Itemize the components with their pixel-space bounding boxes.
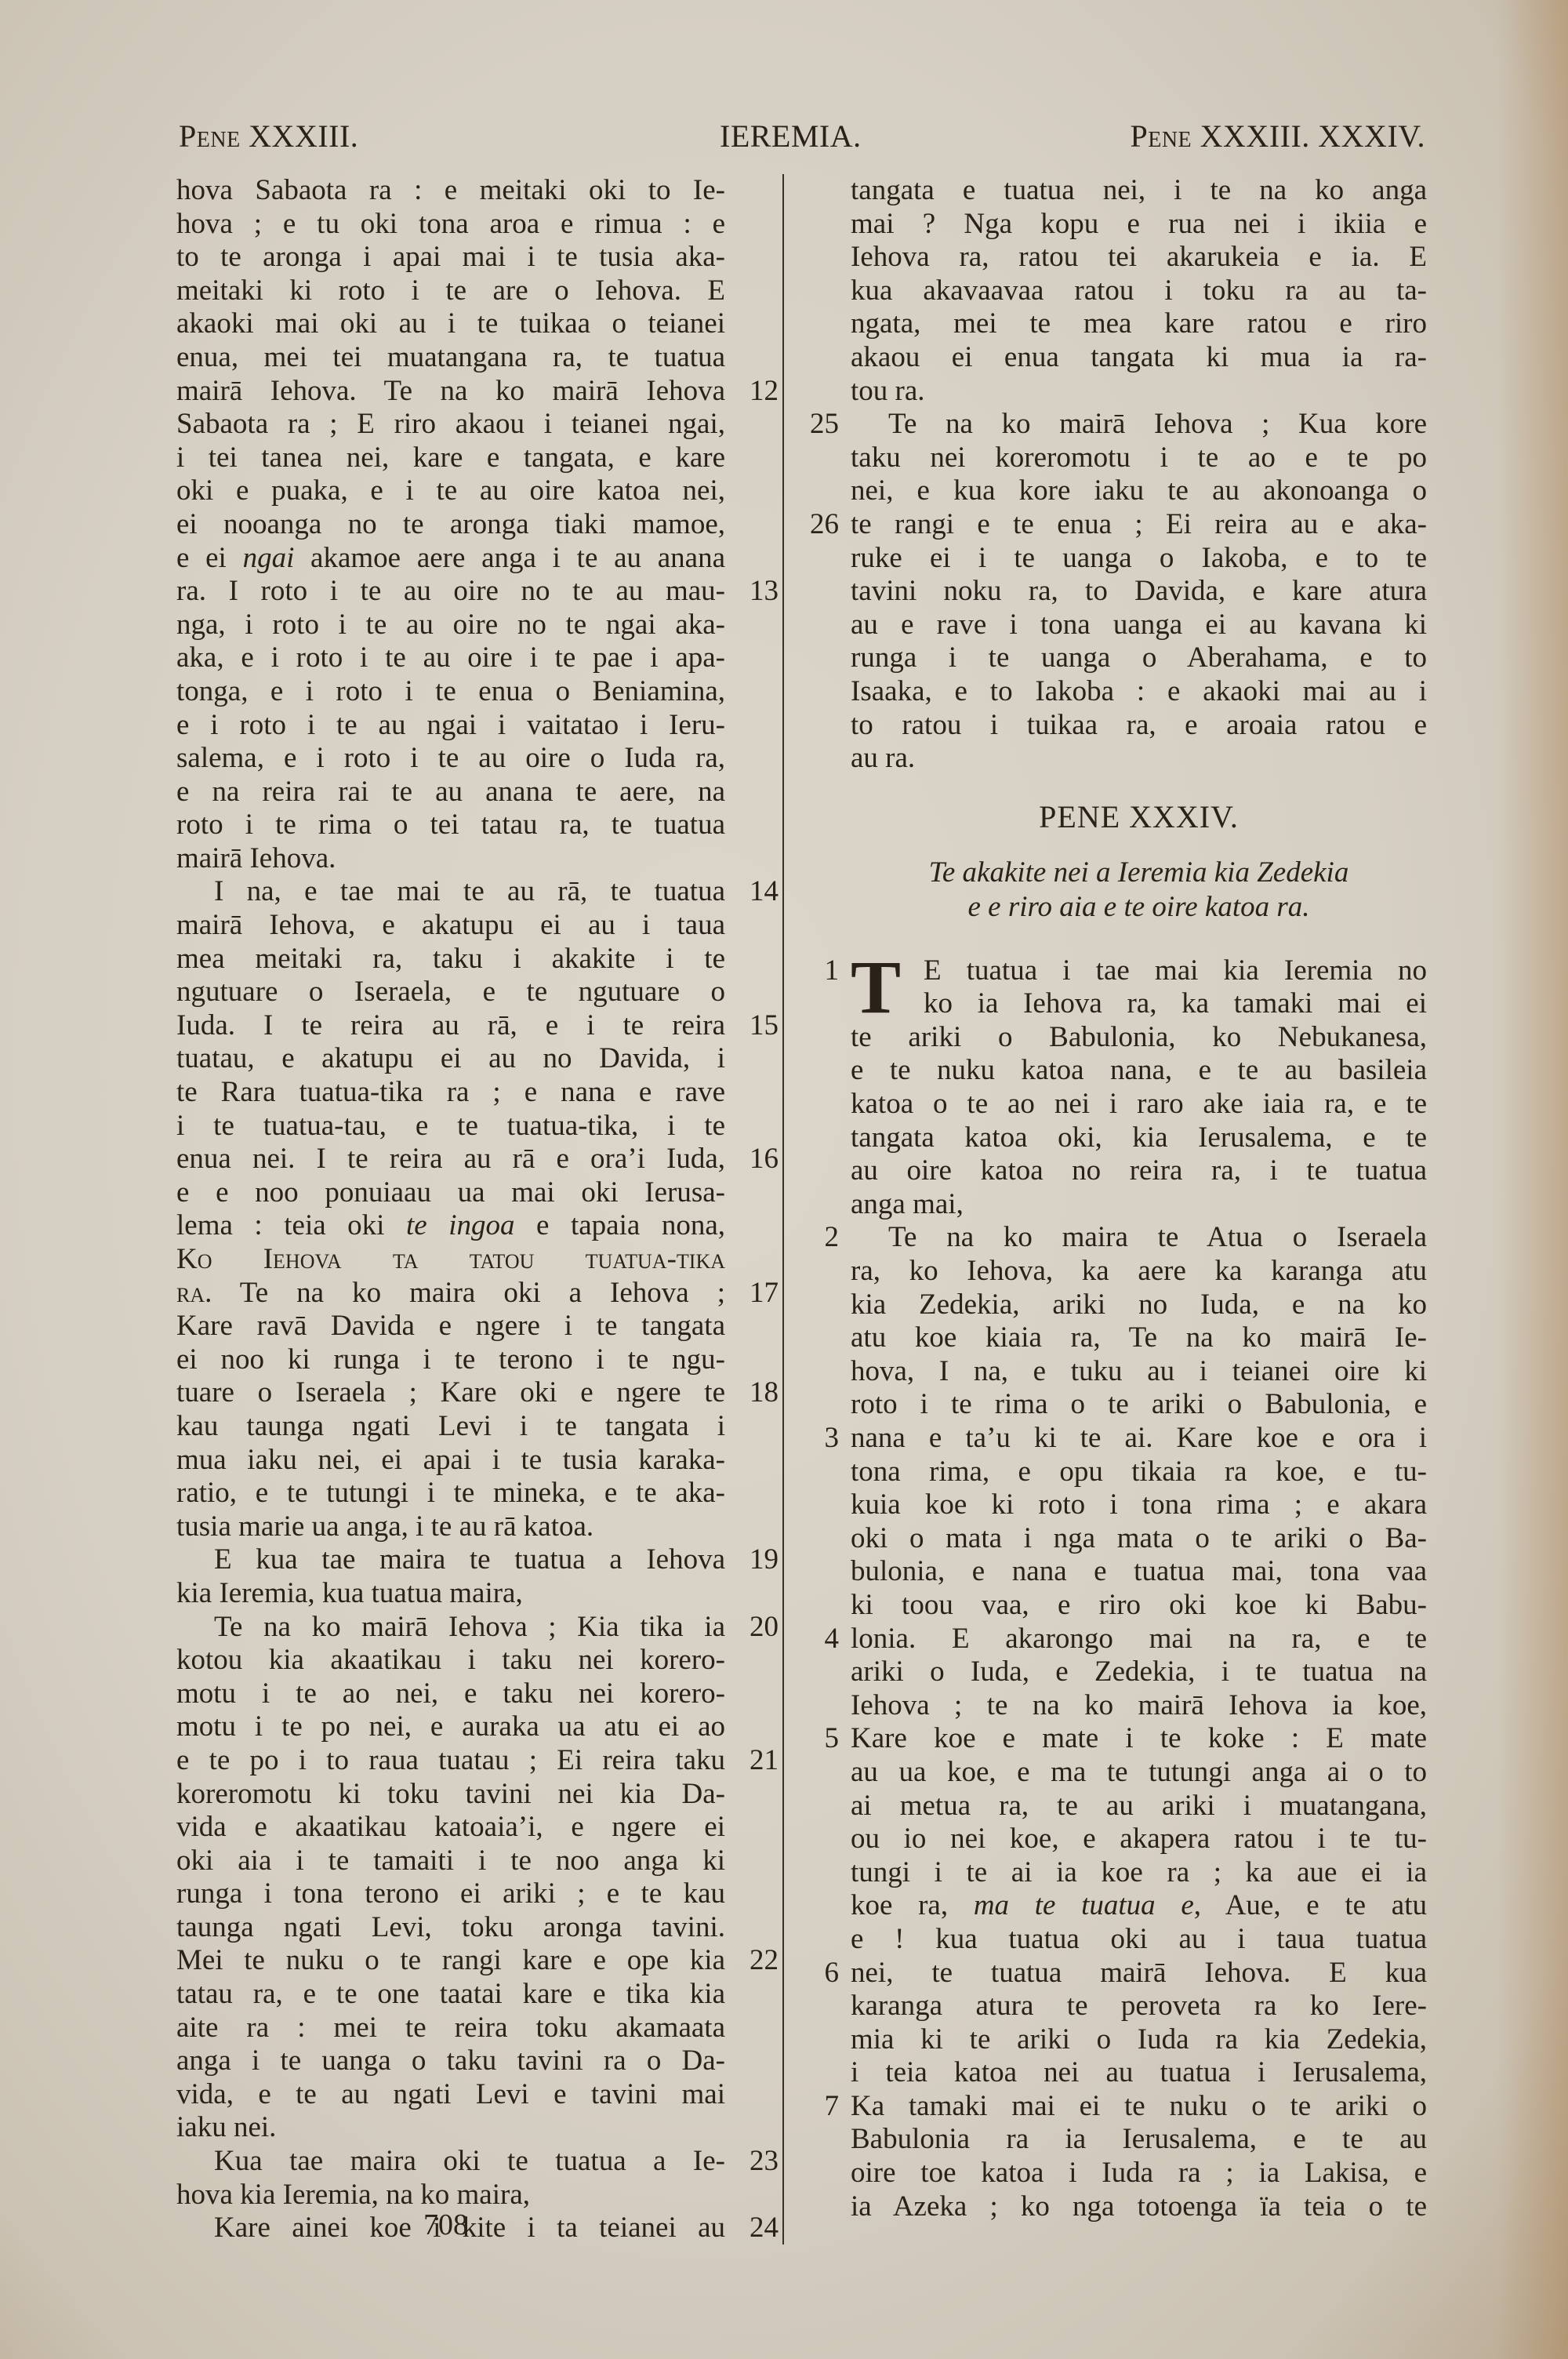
running-head-book-title: IEREMIA. [720, 118, 862, 154]
line-text: anga i te uanga o taku tavini ra o Da- [176, 2045, 725, 2078]
line-text: atu koe kiaia ra, Te na ko mairā Ie- [851, 1321, 1427, 1355]
text-line: runga i tona terono ei ariki ; e te kau [176, 1877, 776, 1911]
text-line: kia Ieremia, kua tuatua maira, [176, 1577, 776, 1611]
text-line: Mei te nuku o te rangi kare e ope kia22 [176, 1944, 776, 1978]
verse-number: 20 [739, 1611, 779, 1645]
line-text: tungi i te ai ia koe ra ; ka aue ei ia [851, 1856, 1427, 1890]
text-line: hova kia Ieremia, na ko maira, [176, 2179, 776, 2212]
text-line: katoa o te ao nei i raro ake iaia ra, e … [808, 1088, 1427, 1121]
text-line: e ! kua tuatua oki au i taua tuatua [808, 1923, 1427, 1957]
line-text: e te po i to raua tuatau ; Ei reira taku [176, 1744, 725, 1778]
text-line: Kua tae maira oki te tuatua a Ie-23 [176, 2145, 776, 2179]
line-text: te ariki o Babulonia, ko Nebukanesa, [851, 1021, 1427, 1055]
right-column-continuation: tangata e tuatua nei, i te na ko angamai… [808, 174, 1427, 776]
line-text: ra. I roto i te au oire no te au mau- [176, 575, 725, 609]
line-text: Mei te nuku o te rangi kare e ope kia [176, 1944, 725, 1978]
verse-number: 4 [808, 1623, 839, 1656]
line-text: runga i te uanga o Aberahama, e to [851, 642, 1427, 675]
verse-number: 6 [808, 1957, 839, 1990]
line-text: Isaaka, e to Iakoba : e akaoki mai au i [851, 675, 1427, 709]
line-text: mai ? Nga kopu e rua nei i ikiia e [851, 208, 1427, 242]
line-text: hova ; e tu oki tona aroa e rimua : e [176, 208, 725, 242]
text-line: tangata e tuatua nei, i te na ko anga [808, 174, 1427, 208]
line-text: Kua tae maira oki te tuatua a Ie- [214, 2145, 725, 2179]
line-text: Te na ko mairā Iehova ; Kia tika ia [214, 1611, 725, 1645]
verse-number: 12 [739, 375, 779, 409]
text-line: mea meitaki ra, taku i akakite i te [176, 943, 776, 976]
text-line: Ko Iehova ta tatou tuatua-tika [176, 1243, 776, 1277]
line-text: tusia marie ua anga, i te au rā katoa. [176, 1510, 725, 1544]
text-line: kotou kia akaatikau i taku nei korero- [176, 1644, 776, 1677]
line-text: iaku nei. [176, 2111, 725, 2145]
line-text: te Rara tuatua-tika ra ; e nana e rave [176, 1076, 725, 1110]
line-text: aka, e i roto i te au oire i te pae i ap… [176, 642, 725, 675]
line-text: roto i te rima o te ariki o Babulonia, e [851, 1388, 1427, 1422]
text-line: roto i te rima o te ariki o Babulonia, e [808, 1388, 1427, 1422]
line-text: mea meitaki ra, taku i akakite i te [176, 943, 725, 976]
line-text: i te tuatua-tau, e te tuatua-tika, i te [176, 1110, 725, 1143]
line-text: e te nuku katoa nana, e te au basileia [851, 1054, 1427, 1088]
line-text: ki toou vaa, e riro oki koe ki Babu- [851, 1589, 1427, 1623]
line-text: te rangi e te enua ; Ei reira au e aka- [851, 508, 1427, 542]
text-line: ko ia Iehova ra, ka tamaki mai ei [808, 987, 1427, 1021]
line-text: tou ra. [851, 375, 1427, 409]
text-line: anga mai, [808, 1188, 1427, 1222]
line-text: tona rima, e opu tikaia ra koe, e tu- [851, 1456, 1427, 1489]
text-line: tona rima, e opu tikaia ra koe, e tu- [808, 1456, 1427, 1489]
verse-number: 17 [739, 1277, 779, 1310]
text-line: Te na ko mairā Iehova ; Kua kore25 [808, 408, 1427, 442]
line-text: Ko Iehova ta tatou tuatua-tika [176, 1243, 725, 1277]
text-line: mairā Iehova. [176, 842, 776, 876]
text-line: Iehova ra, ratou tei akarukeia e ia. E [808, 241, 1427, 274]
line-text: koreromotu ki toku tavini nei kia Da- [176, 1778, 725, 1812]
line-text: ai metua ra, te au ariki i muatangana, [851, 1790, 1427, 1823]
line-text: ko ia Iehova ra, ka tamaki mai ei [924, 987, 1427, 1021]
line-text: oki o mata i nga mata o te ariki o Ba- [851, 1522, 1427, 1556]
text-line: tavini noku ra, to Davida, e kare atura [808, 575, 1427, 609]
text-line: motu i te ao nei, e taku nei korero- [176, 1677, 776, 1711]
text-line: aite ra : mei te reira toku akamaata [176, 2012, 776, 2045]
text-line: tonga, e i roto i te enua o Beniamina, [176, 675, 776, 709]
line-text: motu i te po nei, e auraka ua atu ei ao [176, 1710, 725, 1744]
line-text: vida e akaatikau katoaia’i, e ngere ei [176, 1811, 725, 1845]
text-line: tungi i te ai ia koe ra ; ka aue ei ia [808, 1856, 1427, 1890]
text-line: runga i te uanga o Aberahama, e to [808, 642, 1427, 675]
running-head-right: Pene XXXIII. XXXIV. [1130, 118, 1425, 154]
line-text: taunga ngati Levi, toku aronga tavini. [176, 1911, 725, 1945]
verse-number: 13 [739, 575, 779, 609]
text-line: oki o mata i nga mata o te ariki o Ba- [808, 1522, 1427, 1556]
text-line: kau taunga ngati Levi i te tangata i [176, 1410, 776, 1444]
text-line: oire toe katoa i Iuda ra ; ia Lakisa, e [808, 2157, 1427, 2190]
verse-number: 18 [739, 1376, 779, 1410]
text-line: iaku nei. [176, 2111, 776, 2145]
line-text: mairā Iehova. [176, 842, 725, 876]
text-line: koreromotu ki toku tavini nei kia Da- [176, 1778, 776, 1812]
text-line: tangata katoa oki, kia Ierusalema, e te [808, 1121, 1427, 1155]
text-line: te Rara tuatua-tika ra ; e nana e rave [176, 1076, 776, 1110]
line-text: Iehova ; te na ko mairā Iehova ia koe, [851, 1689, 1427, 1723]
text-line: ei nooanga no te aronga tiaki mamoe, [176, 508, 776, 542]
text-line: ra. I roto i te au oire no te au mau-13 [176, 575, 776, 609]
line-text: hova, I na, e tuku au i teianei oire ki [851, 1355, 1427, 1389]
text-line: Iuda. I te reira au rā, e i te reira15 [176, 1009, 776, 1043]
text-line: mia ki te ariki o Iuda ra kia Zedekia, [808, 2023, 1427, 2057]
text-line: enua, mei tei muatangana ra, te tuatua [176, 341, 776, 375]
text-line: au ra. [808, 742, 1427, 776]
line-text: E tuatua i tae mai kia Ieremia no [924, 954, 1427, 988]
line-text: lonia. E akarongo mai na ra, e te [851, 1623, 1427, 1656]
text-line: kia Zedekia, ariki no Iuda, e na ko [808, 1289, 1427, 1322]
line-text: ei nooanga no te aronga tiaki mamoe, [176, 508, 725, 542]
line-text: tangata e tuatua nei, i te na ko anga [851, 174, 1427, 208]
line-text: kia Zedekia, ariki no Iuda, e na ko [851, 1289, 1427, 1322]
text-line: nana e ta’u ki te ai. Kare koe e ora i3 [808, 1422, 1427, 1456]
text-line: ariki o Iuda, e Zedekia, i te tuatua na [808, 1656, 1427, 1689]
line-text: akaoki mai oki au i te tuikaa o teianei [176, 307, 725, 341]
chapter-summary-line: Te akakite nei a Ieremia kia Zedekia [851, 856, 1427, 890]
text-line: Te na ko mairā Iehova ; Kia tika ia20 [176, 1611, 776, 1645]
line-text: e i roto i te au ngai i vaitatao i Ieru- [176, 709, 725, 743]
text-line: au ua koe, e ma te tutungi anga ai o to [808, 1756, 1427, 1790]
line-text: enua nei. I te reira au rā e ora’i Iuda, [176, 1143, 725, 1176]
text-line: i te tuatua-tau, e te tuatua-tika, i te [176, 1110, 776, 1143]
book-page: Pene XXXIII. IEREMIA. Pene XXXIII. XXXIV… [0, 0, 1568, 2359]
line-text: meitaki ki roto i te are o Iehova. E [176, 274, 725, 308]
text-line: ei noo ki runga i te terono i te ngu- [176, 1343, 776, 1377]
text-line: e na reira rai te au anana te aere, na [176, 776, 776, 809]
text-line: ngata, mei te mea kare ratou e riro [808, 307, 1427, 341]
chapter-heading: PENE XXXIV. [808, 790, 1427, 845]
line-text: au ua koe, e ma te tutungi anga ai o to [851, 1756, 1427, 1790]
text-line: Kare ainei koe i kite i ta teianei au24 [176, 2212, 776, 2245]
verse-number: 22 [739, 1944, 779, 1978]
line-text: mua iaku nei, ei apai i te tusia karaka- [176, 1444, 725, 1478]
line-text: tatau ra, e te one taatai kare e tika ki… [176, 1978, 725, 2012]
line-text: hova kia Ieremia, na ko maira, [176, 2179, 725, 2212]
left-column: hova Sabaota ra : e meitaki oki to Ie-ho… [176, 174, 776, 2245]
text-line: i tei tanea nei, kare e tangata, e kare [176, 442, 776, 475]
line-text: i teia katoa nei au tuatua i Ierusalema, [851, 2056, 1427, 2090]
line-text: taku nei koreromotu i te ao e te po [851, 442, 1427, 475]
line-text: ra. Te na ko maira oki a Iehova ; [176, 1277, 725, 1310]
line-text: ruke ei i te uanga o Iakoba, e to te [851, 542, 1427, 576]
text-line: kuia koe ki roto i tona rima ; e akara [808, 1488, 1427, 1522]
verse-number: 14 [739, 875, 779, 909]
text-line: tuare o Iseraela ; Kare oki e ngere te18 [176, 1376, 776, 1410]
text-line: au oire katoa no reira ra, i te tuatua [808, 1154, 1427, 1188]
line-text: au oire katoa no reira ra, i te tuatua [851, 1154, 1427, 1188]
line-text: Babulonia ra ia Ierusalema, e te au [851, 2123, 1427, 2157]
line-text: i tei tanea nei, kare e tangata, e kare [176, 442, 725, 475]
text-line: oki aia i te tamaiti i te noo anga ki [176, 1845, 776, 1878]
text-line: meitaki ki roto i te are o Iehova. E [176, 274, 776, 308]
text-line: E kua tae maira te tuatua a Iehova19 [176, 1543, 776, 1577]
line-text: mia ki te ariki o Iuda ra kia Zedekia, [851, 2023, 1427, 2057]
text-line: mua iaku nei, ei apai i te tusia karaka- [176, 1444, 776, 1478]
text-line: salema, e i roto i te au oire o Iuda ra, [176, 742, 776, 776]
text-line: hova, I na, e tuku au i teianei oire ki [808, 1355, 1427, 1389]
text-line: akaoki mai oki au i te tuikaa o teianei [176, 307, 776, 341]
line-text: nei, e kua kore iaku te au akonoanga o [851, 474, 1427, 508]
line-text: ra, ko Iehova, ka aere ka karanga atu [851, 1255, 1427, 1289]
line-text: e ei ngai akamoe aere anga i te au anana [176, 542, 725, 576]
text-line: ki toou vaa, e riro oki koe ki Babu- [808, 1589, 1427, 1623]
line-text: oire toe katoa i Iuda ra ; ia Lakisa, e [851, 2157, 1427, 2190]
text-line: tusia marie ua anga, i te au rā katoa. [176, 1510, 776, 1544]
verse-number: 26 [808, 508, 839, 542]
text-line: lonia. E akarongo mai na ra, e te4 [808, 1623, 1427, 1656]
line-text: Ka tamaki mai ei te nuku o te ariki o [851, 2090, 1427, 2124]
column-rule [782, 174, 784, 2245]
text-line: taku nei koreromotu i te ao e te po [808, 442, 1427, 475]
line-text: vida, e te au ngati Levi e tavini mai [176, 2078, 725, 2112]
text-line: Kare ravā Davida e ngere i te tangata [176, 1310, 776, 1343]
text-line: ai metua ra, te au ariki i muatangana, [808, 1790, 1427, 1823]
line-text: ou io nei koe, e akapera ratou i te tu- [851, 1823, 1427, 1856]
line-text: ngata, mei te mea kare ratou e riro [851, 307, 1427, 341]
line-text: koe ra, ma te tuatua e, Aue, e te atu [851, 1889, 1427, 1923]
line-text: kotou kia akaatikau i taku nei korero- [176, 1644, 725, 1677]
text-line: ou io nei koe, e akapera ratou i te tu- [808, 1823, 1427, 1856]
line-text: Iuda. I te reira au rā, e i te reira [176, 1009, 725, 1043]
verse-number: 7 [808, 2090, 839, 2124]
line-text: kua akavaavaa ratou i toku ra au ta- [851, 274, 1427, 308]
line-text: kia Ieremia, kua tuatua maira, [176, 1577, 725, 1611]
text-line: I na, e tae mai te au rā, te tuatua14 [176, 875, 776, 909]
line-text: to ratou i tuikaa ra, e aroaia ratou e [851, 709, 1427, 743]
line-text: runga i tona terono ei ariki ; e te kau [176, 1877, 725, 1911]
line-text: Kare ravā Davida e ngere i te tangata [176, 1310, 725, 1343]
text-line: akaou ei enua tangata ki mua ia ra- [808, 341, 1427, 375]
line-text: nei, te tuatua mairā Iehova. E kua [851, 1957, 1427, 1990]
text-line: tuatau, e akatupu ei au no Davida, i [176, 1042, 776, 1076]
text-line: ia Azeka ; ko nga totoenga ïa teia o te [808, 2190, 1427, 2224]
verse-number: 23 [739, 2145, 779, 2179]
line-text: oki e puaka, e i te au oire katoa nei, [176, 474, 725, 508]
line-text: e e noo ponuiaau ua mai oki Ierusa- [176, 1176, 725, 1210]
page-number: 708 [423, 2208, 468, 2242]
line-text: tonga, e i roto i te enua o Beniamina, [176, 675, 725, 709]
text-line: ratio, e te tutungi i te mineka, e te ak… [176, 1477, 776, 1510]
text-line: kua akavaavaa ratou i toku ra au ta- [808, 274, 1427, 308]
text-line: oki e puaka, e i te au oire katoa nei, [176, 474, 776, 508]
text-line: ruke ei i te uanga o Iakoba, e to te [808, 542, 1427, 576]
text-line: taunga ngati Levi, toku aronga tavini. [176, 1911, 776, 1945]
verse-number: 5 [808, 1722, 839, 1756]
verse-number: 15 [739, 1009, 779, 1043]
verse-number: 24 [739, 2212, 779, 2245]
line-text: Te na ko mairā Iehova ; Kua kore [888, 408, 1427, 442]
chapter-34-text: T E tuatua i tae mai kia Ieremia no1ko i… [808, 954, 1427, 2224]
text-line: motu i te po nei, e auraka ua atu ei ao [176, 1710, 776, 1744]
text-line: koe ra, ma te tuatua e, Aue, e te atu [808, 1889, 1427, 1923]
text-line: mairā Iehova, e akatupu ei au i taua [176, 909, 776, 943]
line-text: Sabaota ra ; E riro akaou i teianei ngai… [176, 408, 725, 442]
line-text: karanga atura te peroveta ra ko Iere- [851, 1990, 1427, 2023]
line-text: kau taunga ngati Levi i te tangata i [176, 1410, 725, 1444]
line-text: lema : teia oki te ingoa e tapaia nona, [176, 1209, 725, 1243]
text-line: au e rave i tona uanga ei au kavana ki [808, 609, 1427, 642]
text-line: tatau ra, e te one taatai kare e tika ki… [176, 1978, 776, 2012]
text-line: te ariki o Babulonia, ko Nebukanesa, [808, 1021, 1427, 1055]
line-text: e ! kua tuatua oki au i taua tuatua [851, 1923, 1427, 1957]
text-line: tou ra. [808, 375, 1427, 409]
line-text: Iehova ra, ratou tei akarukeia e ia. E [851, 241, 1427, 274]
text-line: ra, ko Iehova, ka aere ka karanga atu [808, 1255, 1427, 1289]
text-line: lema : teia oki te ingoa e tapaia nona, [176, 1209, 776, 1243]
text-line: nei, e kua kore iaku te au akonoanga o [808, 474, 1427, 508]
line-text: anga mai, [851, 1188, 1427, 1222]
line-text: au ra. [851, 742, 1427, 776]
text-line: Iehova ; te na ko mairā Iehova ia koe, [808, 1689, 1427, 1723]
text-line: ra. Te na ko maira oki a Iehova ;17 [176, 1277, 776, 1310]
running-head-left: Pene XXXIII. [179, 118, 358, 154]
text-line: nga, i roto i te au oire no te ngai aka- [176, 609, 776, 642]
verse-number: 21 [739, 1744, 779, 1778]
line-text: mairā Iehova. Te na ko mairā Iehova [176, 375, 725, 409]
line-text: I na, e tae mai te au rā, te tuatua [214, 875, 725, 909]
line-text: akaou ei enua tangata ki mua ia ra- [851, 341, 1427, 375]
text-line: Te na ko maira te Atua o Iseraela2 [808, 1221, 1427, 1255]
line-text: nana e ta’u ki te ai. Kare koe e ora i [851, 1422, 1427, 1456]
line-text: tangata katoa oki, kia Ierusalema, e te [851, 1121, 1427, 1155]
line-text: bulonia, e nana e tuatua mai, tona vaa [851, 1555, 1427, 1589]
verse-number: 3 [808, 1422, 839, 1456]
text-line: vida, e te au ngati Levi e tavini mai [176, 2078, 776, 2112]
line-text: nga, i roto i te au oire no te ngai aka- [176, 609, 725, 642]
verse-number: 19 [739, 1543, 779, 1577]
verse-number: 2 [808, 1221, 839, 1255]
line-text: kuia koe ki roto i tona rima ; e akara [851, 1488, 1427, 1522]
line-text: Kare koe e mate i te koke : E mate [851, 1722, 1427, 1756]
line-text: ei noo ki runga i te terono i te ngu- [176, 1343, 725, 1377]
right-column: tangata e tuatua nei, i te na ko angamai… [808, 174, 1427, 2223]
text-line: to te aronga i apai mai i te tusia aka- [176, 241, 776, 274]
line-text: to te aronga i apai mai i te tusia aka- [176, 241, 725, 274]
text-line: Babulonia ra ia Ierusalema, e te au [808, 2123, 1427, 2157]
text-line: te rangi e te enua ; Ei reira au e aka-2… [808, 508, 1427, 542]
text-line: vida e akaatikau katoaia’i, e ngere ei [176, 1811, 776, 1845]
line-text: ratio, e te tutungi i te mineka, e te ak… [176, 1477, 725, 1510]
line-text: enua, mei tei muatangana ra, te tuatua [176, 341, 725, 375]
line-text: katoa o te ao nei i raro ake iaia ra, e … [851, 1088, 1427, 1121]
text-line: hova Sabaota ra : e meitaki oki to Ie- [176, 174, 776, 208]
line-text: e na reira rai te au anana te aere, na [176, 776, 725, 809]
verse-number: 16 [739, 1143, 779, 1176]
text-line: bulonia, e nana e tuatua mai, tona vaa [808, 1555, 1427, 1589]
text-line: Kare koe e mate i te koke : E mate5 [808, 1722, 1427, 1756]
chapter-summary-line: e e riro aia e te oire katoa ra. [851, 890, 1427, 925]
line-text: ngutuare o Iseraela, e te ngutuare o [176, 976, 725, 1009]
text-line: to ratou i tuikaa ra, e aroaia ratou e [808, 709, 1427, 743]
verse-number: 25 [808, 408, 839, 442]
text-line: roto i te rima o tei tatau ra, te tuatua [176, 809, 776, 842]
text-line: mairā Iehova. Te na ko mairā Iehova12 [176, 375, 776, 409]
text-line: atu koe kiaia ra, Te na ko mairā Ie- [808, 1321, 1427, 1355]
line-text: tuatau, e akatupu ei au no Davida, i [176, 1042, 725, 1076]
running-head: Pene XXXIII. IEREMIA. Pene XXXIII. XXXIV… [179, 118, 1425, 165]
line-text: motu i te ao nei, e taku nei korero- [176, 1677, 725, 1711]
line-text: E kua tae maira te tuatua a Iehova [214, 1543, 725, 1577]
line-text: mairā Iehova, e akatupu ei au i taua [176, 909, 725, 943]
verse-number: 1 [808, 954, 839, 988]
chapter-summary: Te akakite nei a Ieremia kia Zedekia e e… [808, 856, 1427, 925]
text-line: enua nei. I te reira au rā e ora’i Iuda,… [176, 1143, 776, 1176]
line-text: aite ra : mei te reira toku akamaata [176, 2012, 725, 2045]
text-line: e te nuku katoa nana, e te au basileia [808, 1054, 1427, 1088]
text-line: Isaaka, e to Iakoba : e akaoki mai au i [808, 675, 1427, 709]
text-line: nei, te tuatua mairā Iehova. E kua6 [808, 1957, 1427, 1990]
line-text: tavini noku ra, to Davida, e kare atura [851, 575, 1427, 609]
text-line: anga i te uanga o taku tavini ra o Da- [176, 2045, 776, 2078]
text-line: ngutuare o Iseraela, e te ngutuare o [176, 976, 776, 1009]
line-text: ariki o Iuda, e Zedekia, i te tuatua na [851, 1656, 1427, 1689]
text-line: aka, e i roto i te au oire i te pae i ap… [176, 642, 776, 675]
text-line: i teia katoa nei au tuatua i Ierusalema, [808, 2056, 1427, 2090]
text-line: mai ? Nga kopu e rua nei i ikiia e [808, 208, 1427, 242]
text-line: karanga atura te peroveta ra ko Iere- [808, 1990, 1427, 2023]
line-text: hova Sabaota ra : e meitaki oki to Ie- [176, 174, 725, 208]
text-line: E tuatua i tae mai kia Ieremia no1 [808, 954, 1427, 988]
text-line: Ka tamaki mai ei te nuku o te ariki o7 [808, 2090, 1427, 2124]
line-text: Kare ainei koe i kite i ta teianei au [214, 2212, 725, 2245]
text-line: e e noo ponuiaau ua mai oki Ierusa- [176, 1176, 776, 1210]
line-text: Te na ko maira te Atua o Iseraela [888, 1221, 1427, 1255]
text-line: Sabaota ra ; E riro akaou i teianei ngai… [176, 408, 776, 442]
line-text: oki aia i te tamaiti i te noo anga ki [176, 1845, 725, 1878]
line-text: roto i te rima o tei tatau ra, te tuatua [176, 809, 725, 842]
line-text: tuare o Iseraela ; Kare oki e ngere te [176, 1376, 725, 1410]
line-text: salema, e i roto i te au oire o Iuda ra, [176, 742, 725, 776]
text-line: e ei ngai akamoe aere anga i te au anana [176, 542, 776, 576]
text-line: e te po i to raua tuatau ; Ei reira taku… [176, 1744, 776, 1778]
line-text: au e rave i tona uanga ei au kavana ki [851, 609, 1427, 642]
text-line: e i roto i te au ngai i vaitatao i Ieru- [176, 709, 776, 743]
text-line: hova ; e tu oki tona aroa e rimua : e [176, 208, 776, 242]
line-text: ia Azeka ; ko nga totoenga ïa teia o te [851, 2190, 1427, 2224]
